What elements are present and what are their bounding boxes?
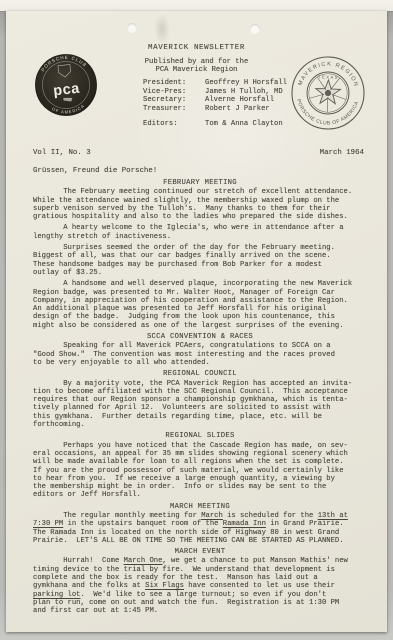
- officer-row: Editors:Tom & Anna Clayton: [143, 120, 287, 129]
- publisher-block: Published by and for the PCA Maverick Re…: [6, 58, 387, 75]
- publisher-line-2: PCA Maverick Region: [6, 66, 387, 74]
- text-run: The February meeting continued our stret…: [33, 188, 352, 221]
- text-run: A hearty welcome to the Iglecia's, who w…: [33, 224, 344, 240]
- text-run: Perhaps you have noticed that the Cascad…: [33, 442, 348, 500]
- paragraph: By a majority vote, the PCA Maverick Reg…: [33, 380, 367, 430]
- ink-smudge: [152, 9, 172, 49]
- officer-name: Alverne Horsfall: [205, 96, 274, 105]
- section-heading: REGIONAL SLIDES: [33, 432, 367, 440]
- paragraph: The regular monthly meeting for March is…: [33, 512, 367, 545]
- svg-text:PORSCHE CLUB OF AMERICA: PORSCHE CLUB OF AMERICA: [294, 98, 360, 128]
- section-heading: FEBRUARY MEETING: [33, 179, 367, 187]
- officers-list: President:Geoffrey H HorsfallVice-Pres:J…: [143, 79, 287, 129]
- text-run: By a majority vote, the PCA Maverick Reg…: [33, 380, 352, 429]
- text-run: have consented to let us use their: [184, 582, 335, 590]
- officer-name: James H Tulloh, MD: [205, 88, 283, 97]
- section-heading: SCCA CONVENTION & RACES: [33, 333, 367, 341]
- text-run: The regular monthly meeting for: [33, 512, 201, 520]
- officer-row: President:Geoffrey H Horsfall: [143, 79, 287, 88]
- paragraph: Perhaps you have noticed that the Cascad…: [33, 442, 367, 500]
- text-run: March: [201, 512, 223, 520]
- greeting: Grüssen, Freund die Porsche!: [33, 167, 157, 175]
- officer-name: Tom & Anna Clayton: [205, 120, 283, 129]
- punch-hole: [127, 23, 137, 33]
- text-run: Hurrah! Come: [33, 557, 124, 565]
- text-run: is scheduled for the: [223, 512, 318, 520]
- text-run: March One: [124, 557, 163, 565]
- text-run: Surprises seemed the order of the day fo…: [33, 244, 335, 277]
- text-run: A handsome and well deserved plaque, inc…: [33, 280, 352, 329]
- section-heading: MARCH EVENT: [33, 548, 367, 556]
- newsletter-title: MAVERICK NEWSLETTER: [6, 44, 387, 52]
- svg-text:TEXAS: TEXAS: [318, 74, 339, 80]
- text-run: Six Flags: [145, 582, 184, 590]
- issue-line: Vol II, No. 3 March 1964: [33, 149, 364, 157]
- issue-volume: Vol II, No. 3: [33, 149, 91, 157]
- paragraph: Hurrah! Come March One, we get a chance …: [33, 557, 367, 615]
- section-heading: REGIONAL COUNCIL: [33, 370, 367, 378]
- svg-text:pca: pca: [53, 81, 81, 100]
- text-run: parking lot: [33, 591, 80, 599]
- text-run: in the upstairs banquet room of the: [63, 520, 223, 528]
- officer-name: Geoffrey H Horsfall: [205, 79, 287, 88]
- punch-hole: [250, 24, 260, 34]
- text-run: Speaking for all Maverick PCAers, congra…: [33, 342, 335, 367]
- newsletter-page: PORSCHE CLUB OF AMERICA pca: [6, 11, 387, 632]
- newsletter-body: FEBRUARY MEETING The February meeting co…: [33, 177, 367, 619]
- scanned-newsletter: PORSCHE CLUB OF AMERICA pca: [0, 0, 393, 640]
- paragraph: Surprises seemed the order of the day fo…: [33, 244, 367, 277]
- text-run: Ramada Inn: [223, 520, 266, 528]
- officer-label: Treasurer:: [143, 105, 205, 114]
- officer-label: President:: [143, 79, 205, 88]
- officer-row: Vice-Pres:James H Tulloh, MD: [143, 88, 287, 97]
- officer-label: Vice-Pres:: [143, 88, 205, 97]
- paragraph: A handsome and well deserved plaque, inc…: [33, 280, 367, 330]
- paragraph: A hearty welcome to the Iglecia's, who w…: [33, 224, 367, 241]
- officer-row: Secretary:Alverne Horsfall: [143, 96, 287, 105]
- issue-date: March 1964: [320, 149, 364, 157]
- officer-label: Editors:: [143, 120, 205, 129]
- officer-label: Secretary:: [143, 96, 205, 105]
- paragraph: The February meeting continued our stret…: [33, 188, 367, 221]
- paragraph: Speaking for all Maverick PCAers, congra…: [33, 342, 367, 367]
- section-heading: MARCH MEETING: [33, 503, 367, 511]
- officer-row: Treasurer:Robert J Parker: [143, 105, 287, 114]
- officer-name: Robert J Parker: [205, 105, 270, 114]
